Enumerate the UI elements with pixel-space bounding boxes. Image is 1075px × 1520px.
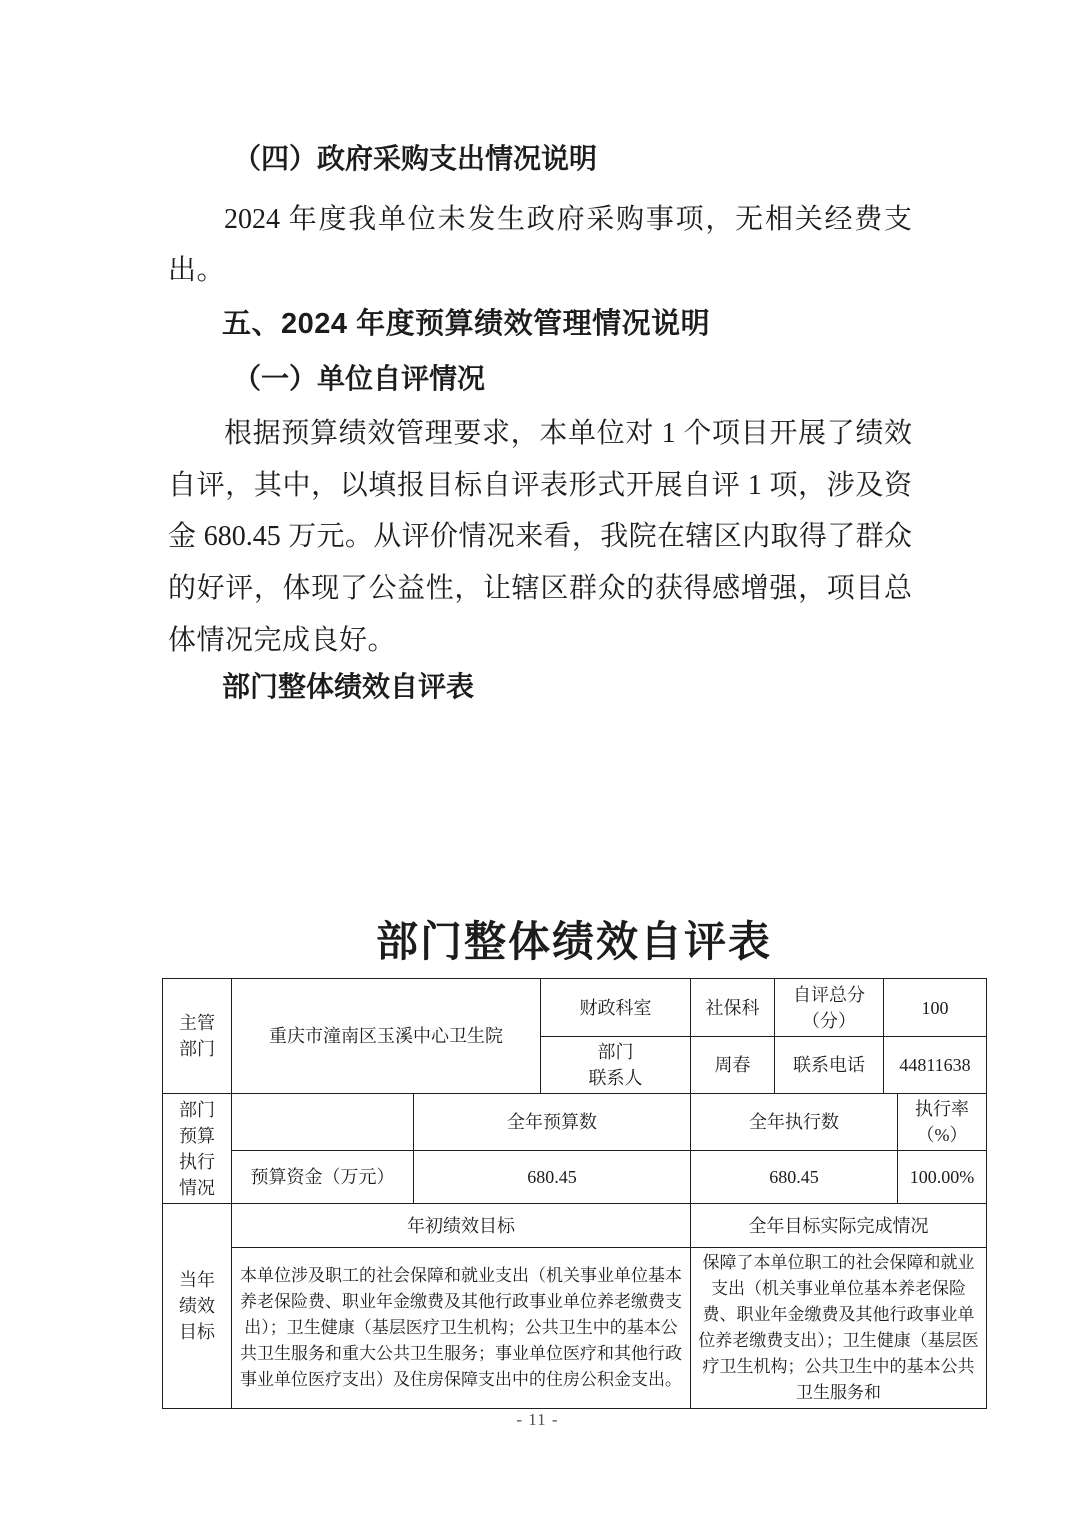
exec-rate-value: 100.00% [898,1151,987,1204]
table-label: 部门整体绩效自评表 [222,670,474,704]
self-score-value: 100 [884,979,987,1037]
phone-label: 联系电话 [775,1037,884,1094]
paragraph-1-line-1: 2024 年度我单位未发生政府采购事项，无相关经费支 [224,203,912,237]
table-row: 主管 部门 重庆市潼南区玉溪中心卫生院 财政科室 社保科 自评总分 （分） 10… [163,979,987,1037]
unit-name: 重庆市潼南区玉溪中心卫生院 [232,979,541,1094]
paragraph-2-line-4: 的好评，体现了公益性，让辖区群众的获得感增强，项目总 [168,572,912,606]
exec-rate-header: 执行率 （%） [898,1094,987,1151]
table-row: 当年 绩效 目标 年初绩效目标 全年目标实际完成情况 [163,1204,987,1248]
heading-section-5-1: （一）单位自评情况 [233,363,485,397]
heading-section-5: 五、2024 年度预算绩效管理情况说明 [222,307,710,342]
self-evaluation-table: 主管 部门 重庆市潼南区玉溪中心卫生院 财政科室 社保科 自评总分 （分） 10… [162,978,987,1409]
supervisor-dept-label: 主管 部门 [163,979,232,1094]
budget-exec-section-label: 部门 预算 执行 情况 [163,1094,232,1204]
table-row: 部门 预算 执行 情况 全年预算数 全年执行数 执行率 （%） [163,1094,987,1151]
initial-goal-header: 年初绩效目标 [232,1204,691,1248]
heading-section-4: （四）政府采购支出情况说明 [233,143,597,177]
table-row: 本单位涉及职工的社会保障和就业支出（机关事业单位基本养老保险费、职业年金缴费及其… [163,1248,987,1409]
table-row: 预算资金（万元） 680.45 680.45 100.00% [163,1151,987,1204]
contact-label: 部门 联系人 [541,1037,691,1094]
initial-goal-text: 本单位涉及职工的社会保障和就业支出（机关事业单位基本养老保险费、职业年金缴费及其… [232,1248,691,1409]
finance-office-value: 社保科 [691,979,775,1037]
paragraph-2-line-3: 金 680.45 万元。从评价情况来看，我院在辖区内取得了群众 [168,520,912,554]
self-score-label: 自评总分 （分） [775,979,884,1037]
annual-exec-header: 全年执行数 [691,1094,898,1151]
phone-number: 44811638 [884,1037,987,1094]
contact-name: 周春 [691,1037,775,1094]
annual-budget-header: 全年预算数 [414,1094,691,1151]
page-number: - 11 - [0,1410,1075,1430]
budget-fund-label: 预算资金（万元） [232,1151,414,1204]
annual-budget-value: 680.45 [414,1151,691,1204]
completion-header: 全年目标实际完成情况 [691,1204,987,1248]
empty-cell [232,1094,414,1151]
document-page: （四）政府采购支出情况说明 2024 年度我单位未发生政府采购事项，无相关经费支… [0,0,1075,1520]
finance-office-label: 财政科室 [541,979,691,1037]
table-title: 部门整体绩效自评表 [162,918,986,968]
annual-exec-value: 680.45 [691,1151,898,1204]
paragraph-1-line-2: 出。 [168,254,225,288]
completion-text: 保障了本单位职工的社会保障和就业支出（机关事业单位基本养老保险费、职业年金缴费及… [691,1248,987,1409]
yearly-goal-section-label: 当年 绩效 目标 [163,1204,232,1409]
paragraph-2-line-5: 体情况完成良好。 [168,624,396,658]
paragraph-2-line-2: 自评，其中，以填报目标自评表形式开展自评 1 项，涉及资 [168,469,912,503]
paragraph-2-line-1: 根据预算绩效管理要求，本单位对 1 个项目开展了绩效 [224,417,912,451]
